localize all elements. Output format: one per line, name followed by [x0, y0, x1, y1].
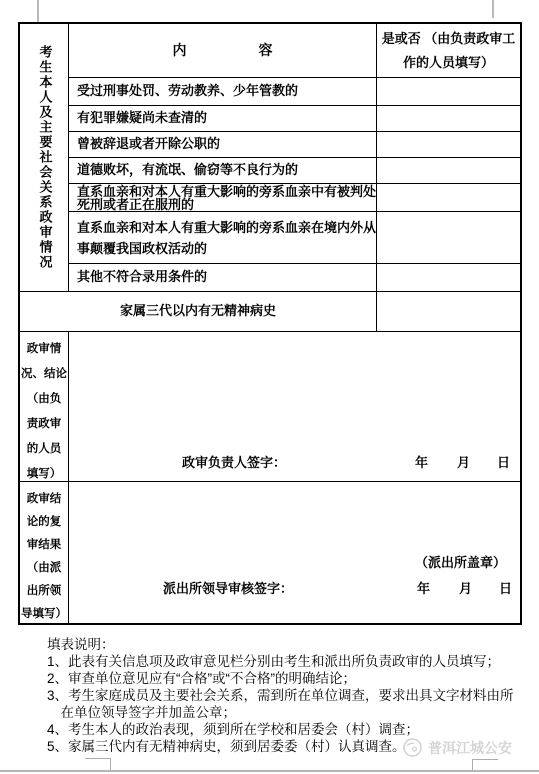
- answer-cell[interactable]: [377, 212, 520, 264]
- side-label-candidate-review: 考生本人及主要社会关系政审情况: [20, 24, 69, 292]
- section-a-signature-label: 政审负责人签字：: [182, 456, 286, 471]
- header-content: 内 容: [69, 24, 377, 78]
- notes-item-3-continued: 在单位领导签字并加盖公章；: [47, 704, 527, 721]
- document-page: 考生本人及主要社会关系政审情况 内 容 是或否 （由负责政审工 作的人员填写） …: [0, 0, 539, 774]
- section-b-stamp-note: （派出所盖章）: [415, 556, 506, 571]
- police-watermark: 普洱江城公安: [402, 737, 512, 758]
- answer-cell[interactable]: [377, 132, 520, 158]
- top-right-margin-mark: [492, 0, 494, 18]
- row-label-moral-misconduct: 道德败坏，有流氓、偷窃等不良行为的: [69, 158, 377, 184]
- section-a-date-day: 日: [497, 456, 510, 471]
- notes-item-1: 1、此表有关信息项及政审意见栏分别由考生和派出所负责政审的人员填写；: [47, 653, 527, 670]
- section-b-date-day: 日: [499, 582, 512, 597]
- section-b-date-month: 月: [459, 582, 472, 597]
- row-label-criminal-punishment: 受过刑事处罚、劳动教养、少年管教的: [69, 78, 377, 106]
- answer-cell[interactable]: [377, 184, 520, 212]
- section-b-signature-label: 派出所领导审核签字：: [163, 582, 293, 597]
- answer-cell[interactable]: [377, 78, 520, 106]
- section-b-side-label: 政审结 论的复 审结果 （由派 出所领 导填写）: [20, 482, 69, 623]
- notes-item-2: 2、审查单位意见应有“合格”或“不合格”的明确结论；: [47, 670, 527, 687]
- row-label-relatives-subversion: 直系血亲和对本人有重大影响的旁系血亲在境内外从事颠覆我国政权活动的: [69, 212, 377, 264]
- row-label-relatives-death-sentence: 直系血亲和对本人有重大影响的旁系血亲中有被判处死刑或者正在服刑的: [69, 184, 377, 212]
- section-a-review-conclusion[interactable]: 政审负责人签字： 年 月 日: [69, 332, 520, 482]
- row-label-dismissed-public-office: 曾被辞退或者开除公职的: [69, 132, 377, 158]
- header-answer: 是或否 （由负责政审工 作的人员填写）: [377, 24, 520, 78]
- header-content-right: 容: [259, 42, 273, 58]
- section-a-side-label: 政审情 况、结论 （由负 责政审 的人员 填写）: [20, 332, 69, 482]
- notes-title: 填表说明：: [47, 636, 527, 653]
- section-a-date-year: 年: [415, 456, 428, 471]
- page-boundary-line: [0, 770, 539, 772]
- row-label-criminal-suspicion: 有犯罪嫌疑尚未查清的: [69, 106, 377, 132]
- answer-cell[interactable]: [377, 292, 520, 332]
- answer-cell[interactable]: [377, 158, 520, 184]
- watermark-text: 普洱江城公安: [428, 738, 512, 758]
- top-left-margin-mark: [37, 0, 39, 22]
- section-b-date-year: 年: [417, 582, 430, 597]
- answer-cell[interactable]: [377, 264, 520, 292]
- section-a-date-month: 月: [457, 456, 470, 471]
- bottom-left-margin-mark: [85, 758, 111, 770]
- police-badge-icon: [402, 737, 423, 758]
- section-b-recheck-result[interactable]: （派出所盖章） 派出所领导审核签字： 年 月 日: [69, 482, 520, 623]
- political-review-table: 考生本人及主要社会关系政审情况 内 容 是或否 （由负责政审工 作的人员填写） …: [18, 22, 522, 625]
- notes-item-3: 3、考生家庭成员及主要社会关系，需到所在单位调查，要求出具文字材料由所: [47, 687, 527, 704]
- notes-item-4: 4、考生本人的政治表现，须到所在学校和居委会（村）调查；: [47, 721, 527, 738]
- header-content-left: 内: [173, 42, 187, 58]
- row-label-other-conditions: 其他不符合录用条件的: [69, 264, 377, 292]
- answer-cell[interactable]: [377, 106, 520, 132]
- row-label-family-mental-illness: 家属三代以内有无精神病史: [20, 292, 377, 332]
